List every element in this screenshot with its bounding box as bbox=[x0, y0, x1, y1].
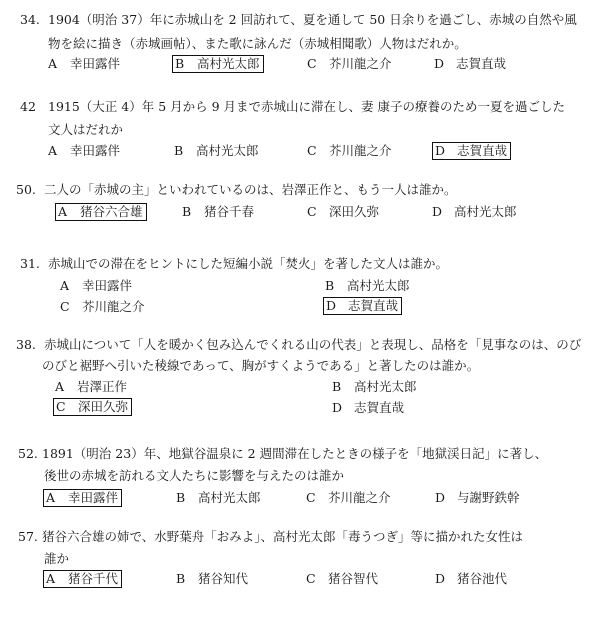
option-text: 高村光太郎 bbox=[198, 490, 261, 505]
option-text: 高村光太郎 bbox=[354, 379, 417, 394]
question-number: 38. bbox=[16, 335, 44, 355]
option-text: 志賀直哉 bbox=[348, 298, 398, 313]
option-b-correct[interactable]: B高村光太郎 bbox=[172, 55, 264, 73]
option-text: 高村光太郎 bbox=[196, 143, 259, 158]
option-text: 高村光太郎 bbox=[347, 278, 410, 293]
option-letter: B bbox=[174, 142, 196, 160]
option-text: 猪谷知代 bbox=[198, 571, 248, 586]
question-50-line-1: 50.二人の「赤城の主」といわれているのは、岩澤正作と、もう一人は誰か。 bbox=[16, 180, 457, 200]
option-b[interactable]: B猪谷知代 bbox=[174, 570, 251, 588]
option-letter: D bbox=[435, 143, 457, 159]
question-31-line-1: 31.赤城山での滞在をヒントにした短編小説「焚火」を著した文人は誰か。 bbox=[20, 254, 448, 274]
option-letter: A bbox=[48, 55, 70, 73]
option-c[interactable]: C深田久弥 bbox=[305, 203, 382, 221]
question-34-line-2: 物を絵に描き（赤城画帖）、また歌に詠んだ（赤城相聞歌）人物はだれか。 bbox=[48, 34, 467, 54]
question-number: 31. bbox=[20, 254, 48, 274]
option-letter: B bbox=[182, 203, 204, 221]
option-b[interactable]: B高村光太郎 bbox=[172, 142, 262, 160]
option-c[interactable]: C芥川龍之介 bbox=[58, 298, 148, 316]
option-c[interactable]: C芥川龍之介 bbox=[305, 142, 395, 160]
question-57-line-2: 誰か bbox=[44, 549, 69, 569]
option-letter: B bbox=[175, 56, 197, 72]
option-c[interactable]: C芥川龍之介 bbox=[304, 489, 394, 507]
option-text: 志賀直哉 bbox=[457, 143, 507, 158]
option-letter: C bbox=[306, 489, 328, 507]
option-a[interactable]: A岩澤正作 bbox=[53, 378, 130, 396]
question-38-line-1: 38.赤城山について「人を暖かく包み込んでくれる山の代表」と表現し、品格を「見事… bbox=[16, 335, 581, 355]
option-c-correct[interactable]: C深田久弥 bbox=[53, 398, 132, 416]
question-text: 猪谷六合雄の姉で、水野葉舟「おみよ」、高村光太郎「毒うつぎ」等に描かれた女性は bbox=[42, 529, 523, 544]
option-text: 猪谷千春 bbox=[204, 204, 254, 219]
question-number: 42 bbox=[20, 97, 48, 117]
option-d[interactable]: D志賀直哉 bbox=[330, 399, 407, 417]
option-letter: C bbox=[307, 203, 329, 221]
option-letter: D bbox=[434, 55, 456, 73]
option-letter: C bbox=[307, 55, 329, 73]
option-b[interactable]: B高村光太郎 bbox=[330, 378, 420, 396]
option-text: 猪谷六合雄 bbox=[80, 204, 143, 219]
option-text: 与謝野鉄幹 bbox=[457, 490, 520, 505]
option-c[interactable]: C猪谷智代 bbox=[304, 570, 381, 588]
option-letter: A bbox=[60, 277, 82, 295]
option-a[interactable]: A幸田露伴 bbox=[58, 277, 135, 295]
option-text: 志賀直哉 bbox=[354, 400, 404, 415]
question-text: 誰か bbox=[44, 551, 69, 566]
option-d-correct[interactable]: D志賀直哉 bbox=[323, 297, 402, 315]
option-text: 猪谷智代 bbox=[328, 571, 378, 586]
question-34-line-1: 34.1904（明治 37）年に赤城山を 2 回訪れて、夏を通して 50 日余り… bbox=[20, 10, 577, 30]
option-letter: B bbox=[325, 277, 347, 295]
question-number: 34. bbox=[20, 10, 48, 30]
option-letter: B bbox=[176, 489, 198, 507]
option-text: 志賀直哉 bbox=[456, 56, 506, 71]
option-b[interactable]: B高村光太郎 bbox=[174, 489, 264, 507]
question-text: 赤城山について「人を暖かく包み込んでくれる山の代表」と表現し、品格を「見事なのは… bbox=[44, 337, 581, 352]
question-text: 1904（明治 37）年に赤城山を 2 回訪れて、夏を通して 50 日余りを過ご… bbox=[48, 12, 577, 27]
option-letter: C bbox=[307, 142, 329, 160]
option-text: 猪谷千代 bbox=[68, 571, 118, 586]
option-d[interactable]: D志賀直哉 bbox=[432, 55, 509, 73]
option-text: 猪谷池代 bbox=[457, 571, 507, 586]
option-d[interactable]: D与謝野鉄幹 bbox=[433, 489, 523, 507]
option-a-correct[interactable]: A猪谷千代 bbox=[43, 570, 122, 588]
option-d-correct[interactable]: D志賀直哉 bbox=[432, 142, 511, 160]
question-57-line-1: 57.猪谷六合雄の姉で、水野葉舟「おみよ」、高村光太郎「毒うつぎ」等に描かれた女… bbox=[18, 527, 523, 547]
option-text: 芥川龍之介 bbox=[329, 143, 392, 158]
option-letter: B bbox=[332, 378, 354, 396]
option-letter: A bbox=[55, 378, 77, 396]
option-letter: D bbox=[332, 399, 354, 417]
question-text: 二人の「赤城の主」といわれているのは、岩澤正作と、もう一人は誰か。 bbox=[44, 182, 457, 197]
question-42-line-1: 421915（大正 4）年 5 月から 9 月まで赤城山に滞在し、妻 康子の療養… bbox=[20, 97, 565, 117]
question-text: 赤城山での滞在をヒントにした短編小説「焚火」を著した文人は誰か。 bbox=[48, 256, 448, 271]
option-b[interactable]: B高村光太郎 bbox=[323, 277, 413, 295]
option-letter: D bbox=[435, 570, 457, 588]
option-letter: C bbox=[306, 570, 328, 588]
question-52-line-2: 後世の赤城を訪れる文人たちに影響を与えたのは誰か bbox=[44, 466, 344, 486]
option-letter: C bbox=[60, 298, 82, 316]
option-text: 幸田露伴 bbox=[70, 143, 120, 158]
question-text: 物を絵に描き（赤城画帖）、また歌に詠んだ（赤城相聞歌）人物はだれか。 bbox=[48, 36, 467, 51]
option-a[interactable]: A幸田露伴 bbox=[46, 55, 123, 73]
option-text: 岩澤正作 bbox=[77, 379, 127, 394]
question-52-line-1: 52.1891（明治 23）年、地獄谷温泉に 2 週間滞在したときの様子を「地獄… bbox=[18, 444, 547, 464]
option-a[interactable]: A幸田露伴 bbox=[46, 142, 123, 160]
question-38-line-2: のびと裾野へ引いた稜線であって、胸がすくようである」と著したのは誰か。 bbox=[42, 356, 479, 376]
option-d[interactable]: D猪谷池代 bbox=[433, 570, 510, 588]
option-text: 幸田露伴 bbox=[82, 278, 132, 293]
question-text: 1891（明治 23）年、地獄谷温泉に 2 週間滞在したときの様子を「地獄渓日記… bbox=[42, 446, 547, 461]
option-letter: A bbox=[58, 204, 80, 220]
question-number: 50. bbox=[16, 180, 44, 200]
question-42-line-2: 文人はだれか bbox=[48, 120, 123, 140]
option-text: 幸田露伴 bbox=[70, 56, 120, 71]
option-letter: A bbox=[46, 490, 68, 506]
question-number: 52. bbox=[18, 444, 42, 464]
option-c[interactable]: C芥川龍之介 bbox=[305, 55, 395, 73]
option-letter: C bbox=[56, 399, 78, 415]
option-letter: D bbox=[432, 203, 454, 221]
question-text: 文人はだれか bbox=[48, 122, 123, 137]
option-d[interactable]: D高村光太郎 bbox=[430, 203, 520, 221]
question-number: 57. bbox=[18, 527, 42, 547]
option-text: 芥川龍之介 bbox=[329, 56, 392, 71]
option-letter: A bbox=[46, 571, 68, 587]
option-text: 高村光太郎 bbox=[197, 56, 260, 71]
option-text: 深田久弥 bbox=[329, 204, 379, 219]
option-text: 深田久弥 bbox=[78, 399, 128, 414]
question-text: 後世の赤城を訪れる文人たちに影響を与えたのは誰か bbox=[44, 468, 344, 483]
option-a-correct[interactable]: A幸田露伴 bbox=[43, 489, 122, 507]
option-b[interactable]: B猪谷千春 bbox=[180, 203, 257, 221]
option-letter: D bbox=[435, 489, 457, 507]
option-letter: B bbox=[176, 570, 198, 588]
option-letter: D bbox=[326, 298, 348, 314]
option-text: 芥川龍之介 bbox=[82, 299, 145, 314]
option-letter: A bbox=[48, 142, 70, 160]
option-text: 芥川龍之介 bbox=[328, 490, 391, 505]
option-text: 幸田露伴 bbox=[68, 490, 118, 505]
question-text: 1915（大正 4）年 5 月から 9 月まで赤城山に滞在し、妻 康子の療養のた… bbox=[48, 99, 565, 114]
option-a-correct[interactable]: A猪谷六合雄 bbox=[55, 203, 147, 221]
question-text: のびと裾野へ引いた稜線であって、胸がすくようである」と著したのは誰か。 bbox=[42, 358, 479, 373]
option-text: 高村光太郎 bbox=[454, 204, 517, 219]
